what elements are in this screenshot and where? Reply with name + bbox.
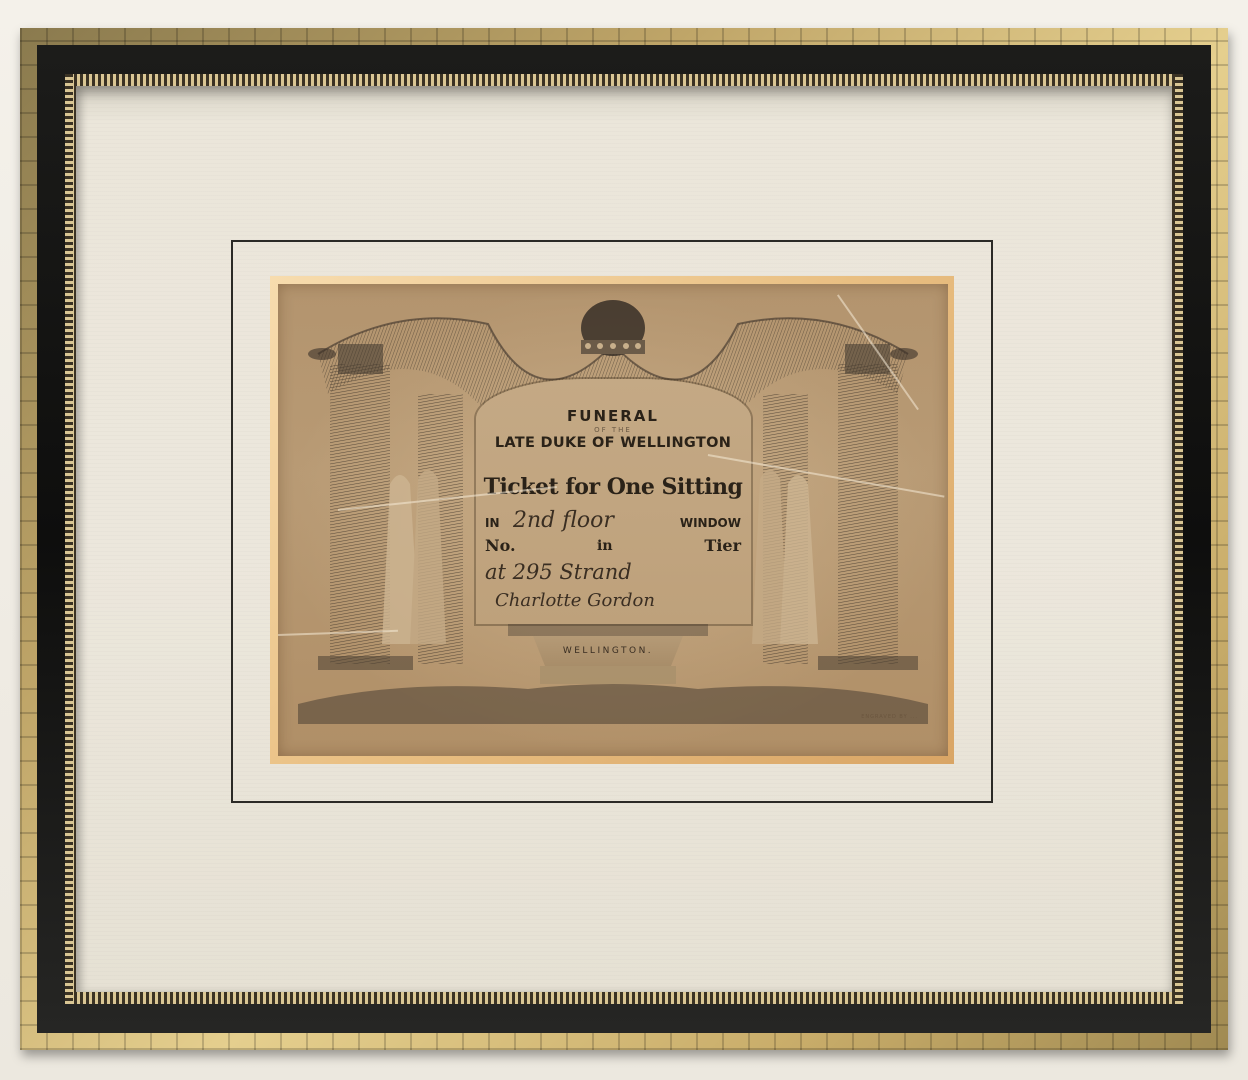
label-in: IN [485,516,500,530]
plaque-inscription: WELLINGTON. [533,646,683,656]
label-number: No. [485,536,516,555]
engraver-imprint: ENGRAVED BY ... [748,714,918,720]
ticket-title: LATE DUKE OF WELLINGTON [278,435,948,451]
row-signature: Charlotte Gordon [485,590,741,616]
label-tier: Tier [704,536,741,555]
handwritten-floor: 2nd floor [513,508,614,533]
handwritten-signature: Charlotte Gordon [495,590,655,611]
coronet-icon [581,300,645,356]
funeral-ticket: FUNERAL OF THE LATE DUKE OF WELLINGTON T… [278,284,948,756]
ticket-subheading: OF THE [278,426,948,434]
row-address: at 295 Strand [485,560,741,588]
handwritten-address: at 295 Strand [485,560,632,584]
row-number-tier: No. in Tier [485,536,741,560]
label-in-tier: in [597,538,613,554]
label-window: WINDOW [680,516,741,530]
ticket-heading: FUNERAL [278,407,948,425]
row-in-window: IN 2nd floor WINDOW [485,510,741,534]
